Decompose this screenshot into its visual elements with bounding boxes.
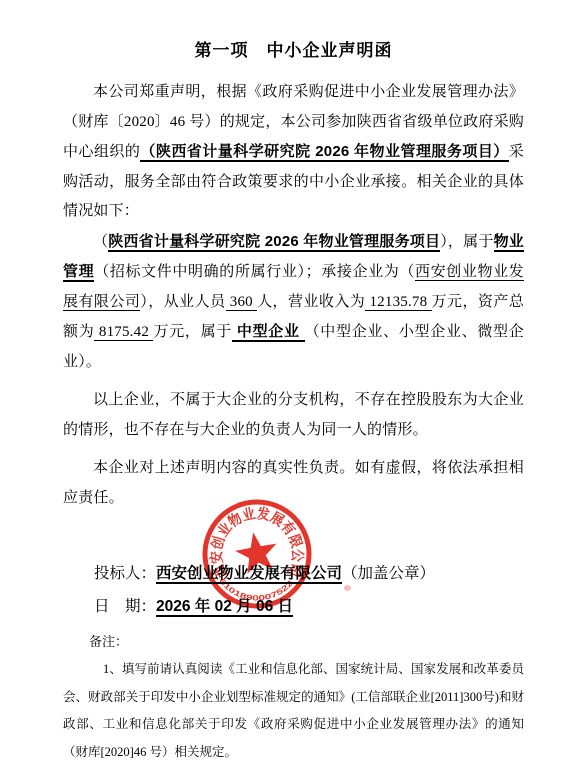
notes-section: 备注： 1、填写前请认真阅读《工业和信息化部、国家统计局、国家发展和改革委员会、… (63, 632, 524, 766)
declaration-body: 本公司郑重声明，根据《政府采购促进中小企业发展管理办法》（财库〔2020〕46 … (63, 78, 524, 513)
document-page: 第一项 中小企业声明函 本公司郑重声明，根据《政府采购促进中小企业发展管理办法》… (0, 0, 587, 767)
paragraph: （陕西省计量科学研究院 2026 年物业管理服务项目），属于物业管理（招标文件中… (63, 227, 524, 378)
body-text: 万元，属于 (153, 324, 232, 340)
filled-in-text: 8175.42 (94, 324, 153, 341)
seal-ink-smudge (344, 585, 351, 591)
filled-in-text: 中型企业 (232, 323, 305, 342)
body-text: 人，营业收入为 (257, 294, 365, 310)
date-label: 日 期： (94, 598, 156, 615)
paragraph: 以上企业，不属于大企业的分支机构，不存在控股股东为大企业的情形，也不存在与大企业… (63, 386, 524, 445)
page-title: 第一项 中小企业声明函 (63, 36, 524, 61)
filled-in-text: 陕西省计量科学研究院 2026 年物业管理服务项目 (108, 233, 440, 252)
signature-block: 投标人：西安创业物业发展有限公司（加盖公章） 日 期：2026 年 02 月 0… (63, 557, 524, 623)
note-item: 1、填写前请认真阅读《工业和信息化部、国家统计局、国家发展和改革委员会、财政部关… (63, 656, 524, 766)
body-text: ），属于 (440, 234, 493, 250)
body-text: （ (93, 234, 108, 250)
body-text: 本企业对上述声明内容的真实性负责。如有虚假，将依法承担相应责任。 (63, 460, 524, 506)
bidder-line: 投标人：西安创业物业发展有限公司（加盖公章） (63, 557, 524, 590)
filled-in-text: 360 (226, 294, 258, 311)
body-text: （招标文件中明确的所属行业）；承接企业为（ (94, 264, 415, 280)
paragraph: 本企业对上述声明内容的真实性负责。如有虚假，将依法承担相应责任。 (63, 454, 524, 513)
bidder-seal-note: （加盖公章） (342, 565, 435, 582)
notes-label: 备注： (63, 632, 524, 652)
bidder-name: 西安创业物业发展有限公司 (156, 565, 342, 584)
notes-list: 1、填写前请认真阅读《工业和信息化部、国家统计局、国家发展和改革委员会、财政部关… (63, 656, 524, 766)
date-value: 2026 年 02 月 06 日 (156, 598, 293, 617)
filled-in-text: 12135.78 (365, 294, 431, 311)
paragraph: 本公司郑重声明，根据《政府采购促进中小企业发展管理办法》（财库〔2020〕46 … (63, 78, 524, 227)
body-text: ），从业人员 (140, 294, 225, 310)
date-line: 日 期：2026 年 02 月 06 日 (63, 590, 524, 623)
filled-in-text: （陕西省计量科学研究院 2026 年物业管理服务项目） (140, 143, 508, 162)
body-text: 以上企业，不属于大企业的分支机构，不存在控股股东为大企业的情形，也不存在与大企业… (63, 392, 524, 438)
bidder-label: 投标人： (94, 565, 156, 582)
